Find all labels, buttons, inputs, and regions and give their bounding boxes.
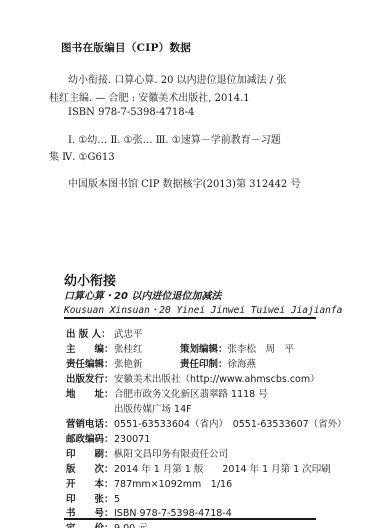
row-phone: 营销电话：0551-63533604（省内） 0551-63533607（省外） bbox=[66, 416, 347, 430]
title-divider bbox=[64, 317, 316, 319]
book-subtitle: 口算心算・20 以内进位退位加减法 bbox=[64, 287, 221, 302]
row-format: 开 本：787mm×1092mm 1/16 bbox=[66, 476, 232, 490]
cip-class-line-1: Ⅰ. ①幼… Ⅱ. ①张… Ⅲ. ①速算－学前教育－习题 bbox=[68, 131, 281, 146]
sheets-value: 5 bbox=[114, 494, 120, 505]
cip-isbn: ISBN 978-7-5398-4718-4 bbox=[68, 107, 194, 118]
format-value: 787mm×1092mm 1/16 bbox=[114, 479, 232, 490]
row-publisher: 出 版 人：武忠平 bbox=[66, 326, 143, 340]
row-price: 定 价：9.00 元 bbox=[66, 520, 148, 528]
cip-line-2: 桂红主编. — 合肥 : 安徽美术出版社, 2014.1 bbox=[49, 89, 250, 104]
printer-value: 枞阳文昌印务有限责任公司 bbox=[114, 449, 228, 460]
address-value-1: 合肥市政务文化新区翡翠路 1118 号 bbox=[114, 389, 268, 400]
address-value-2: 出版传媒广场 14F bbox=[114, 404, 192, 415]
row-sheets: 印 张：5 bbox=[66, 491, 120, 505]
cip-heading: 图书在版编目（CIP）数据 bbox=[61, 40, 191, 55]
resp-editor-value: 张艳新 bbox=[114, 356, 180, 370]
publisher-value: 武忠平 bbox=[114, 329, 143, 340]
planning-value: 张李松 周 平 bbox=[228, 344, 295, 355]
row-editor: 主 编：张桂红策划编辑：张李松 周 平 bbox=[66, 341, 294, 355]
row-responsible: 责任编辑：张艳新责任印制：徐海燕 bbox=[66, 356, 256, 370]
distrib-value: 安徽美术出版社（http://www.ahmscbs.com） bbox=[114, 374, 320, 385]
distrib-label: 出版发行： bbox=[66, 371, 114, 385]
price-label: 定 价： bbox=[66, 520, 114, 528]
row-postcode: 邮政编码：230071 bbox=[66, 431, 150, 445]
cip-line-1: 幼小衔接. 口算心算. 20 以内进位退位加减法 / 张 bbox=[68, 71, 286, 86]
row-address: 地 址：合肥市政务文化新区翡翠路 1118 号 bbox=[66, 386, 268, 400]
row-address-2: 出版传媒广场 14F bbox=[66, 401, 192, 415]
phone-label: 营销电话： bbox=[66, 416, 114, 430]
row-distributor: 出版发行：安徽美术出版社（http://www.ahmscbs.com） bbox=[66, 371, 320, 385]
row-edition: 版 次：2014 年 1 月第 1 版 2014 年 1 月第 1 次印刷 bbox=[66, 461, 331, 475]
sheets-label: 印 张： bbox=[66, 491, 114, 505]
edition-value: 2014 年 1 月第 1 版 2014 年 1 月第 1 次印刷 bbox=[114, 464, 331, 475]
isbn-label: 书 号： bbox=[66, 505, 114, 519]
phone-value: 0551-63533604（省内） 0551-63533607（省外） bbox=[114, 419, 347, 430]
address-label: 地 址： bbox=[66, 386, 114, 400]
postcode-value: 230071 bbox=[114, 434, 150, 445]
publisher-label: 出 版 人： bbox=[66, 326, 114, 340]
price-value: 9.00 元 bbox=[114, 523, 148, 528]
postcode-label: 邮政编码： bbox=[66, 431, 114, 445]
printer-label: 印 刷： bbox=[66, 446, 114, 460]
edition-label: 版 次： bbox=[66, 461, 114, 475]
planning-label: 策划编辑： bbox=[180, 344, 228, 355]
book-pinyin-title: Kousuan Xinsuan・20 Yinei Jinwei Tuiwei J… bbox=[64, 302, 342, 316]
format-label: 开 本： bbox=[66, 476, 114, 490]
row-isbn: 书 号：ISBN 978-7-5398-4718-4 bbox=[66, 505, 232, 519]
cip-record-number: 中国版本图书馆 CIP 数据核字(2013)第 312442 号 bbox=[68, 175, 300, 190]
editor-value: 张桂红 bbox=[114, 341, 180, 355]
row-printer: 印 刷：枞阳文昌印务有限责任公司 bbox=[66, 446, 228, 460]
editor-label: 主 编： bbox=[66, 341, 114, 355]
resp-editor-label: 责任编辑： bbox=[66, 356, 114, 370]
resp-print-value: 徐海燕 bbox=[228, 359, 257, 370]
cip-class-line-2: 集 Ⅳ. ①G613 bbox=[49, 148, 115, 163]
resp-print-label: 责任印制： bbox=[180, 359, 228, 370]
